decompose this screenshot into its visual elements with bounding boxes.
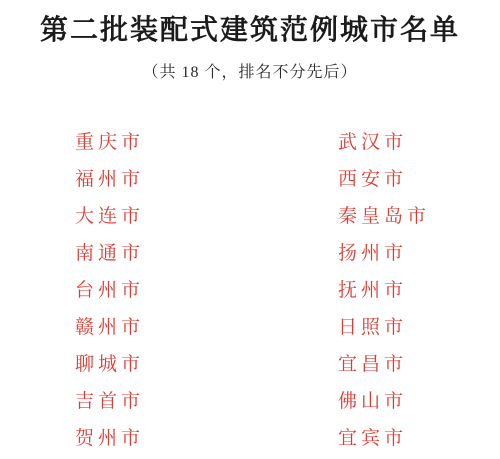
- city-item: 台州市: [75, 272, 144, 309]
- city-item: 宜昌市: [338, 346, 430, 383]
- city-item: 赣州市: [75, 309, 144, 346]
- city-item: 聊城市: [75, 346, 144, 383]
- city-item: 贺州市: [75, 420, 144, 457]
- city-item: 扬州市: [338, 235, 430, 272]
- city-column-left: 重庆市福州市大连市南通市台州市赣州市聊城市吉首市贺州市: [75, 124, 144, 457]
- city-item: 大连市: [75, 198, 144, 235]
- document-page: 第二批装配式建筑范例城市名单 （共 18 个，排名不分先后） 重庆市福州市大连市…: [0, 0, 500, 459]
- city-item: 西安市: [338, 161, 430, 198]
- city-item: 抚州市: [338, 272, 430, 309]
- page-title: 第二批装配式建筑范例城市名单: [0, 8, 500, 48]
- city-column-right: 武汉市西安市秦皇岛市扬州市抚州市日照市宜昌市佛山市宜宾市: [338, 124, 430, 457]
- city-item: 重庆市: [75, 124, 144, 161]
- city-item: 福州市: [75, 161, 144, 198]
- city-item: 秦皇岛市: [338, 198, 430, 235]
- city-item: 日照市: [338, 309, 430, 346]
- page-subtitle: （共 18 个，排名不分先后）: [0, 59, 500, 82]
- city-item: 佛山市: [338, 383, 430, 420]
- city-item: 吉首市: [75, 383, 144, 420]
- city-item: 武汉市: [338, 124, 430, 161]
- city-item: 南通市: [75, 235, 144, 272]
- city-item: 宜宾市: [338, 420, 430, 457]
